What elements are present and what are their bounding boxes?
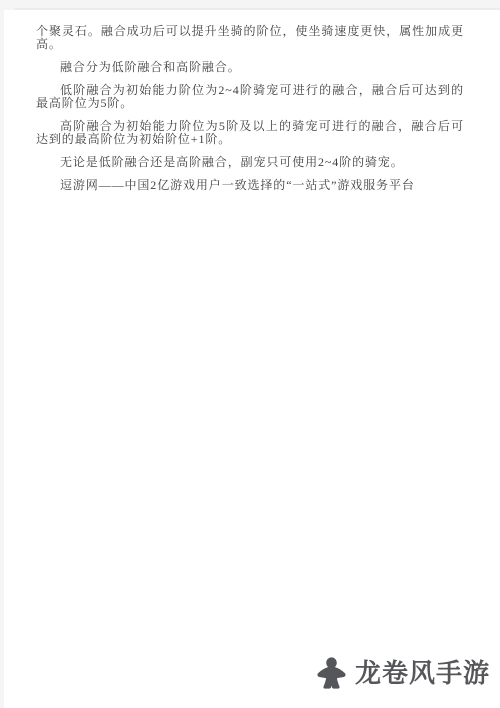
meeple-icon bbox=[315, 656, 348, 689]
paragraph: 逗游网——中国2亿游戏用户一致选择的“一站式”游戏服务平台 bbox=[36, 179, 464, 192]
article-text: 个聚灵石。融合成功后可以提升坐骑的阶位，使坐骑速度更快，属性加成更高。 融合分为… bbox=[36, 25, 464, 202]
paragraph: 低阶融合为初始能力阶位为2~4阶骑宠可进行的融合，融合后可达到的最高阶位为5阶。 bbox=[36, 84, 464, 110]
paragraph: 个聚灵石。融合成功后可以提升坐骑的阶位，使坐骑速度更快，属性加成更高。 bbox=[36, 25, 464, 51]
watermark-logo: 龙卷风手游 bbox=[315, 656, 490, 689]
paragraph: 高阶融合为初始能力阶位为5阶及以上的骑宠可进行的融合，融合后可达到的最高阶位为初… bbox=[36, 120, 464, 146]
page-background: 个聚灵石。融合成功后可以提升坐骑的阶位，使坐骑速度更快，属性加成更高。 融合分为… bbox=[0, 0, 500, 708]
document-paper: 个聚灵石。融合成功后可以提升坐骑的阶位，使坐骑速度更快，属性加成更高。 融合分为… bbox=[4, 10, 500, 708]
paragraph: 无论是低阶融合还是高阶融合，副宠只可使用2~4阶的骑宠。 bbox=[36, 156, 464, 169]
watermark-label: 龙卷风手游 bbox=[355, 660, 490, 686]
paragraph: 融合分为低阶融合和高阶融合。 bbox=[36, 61, 464, 74]
